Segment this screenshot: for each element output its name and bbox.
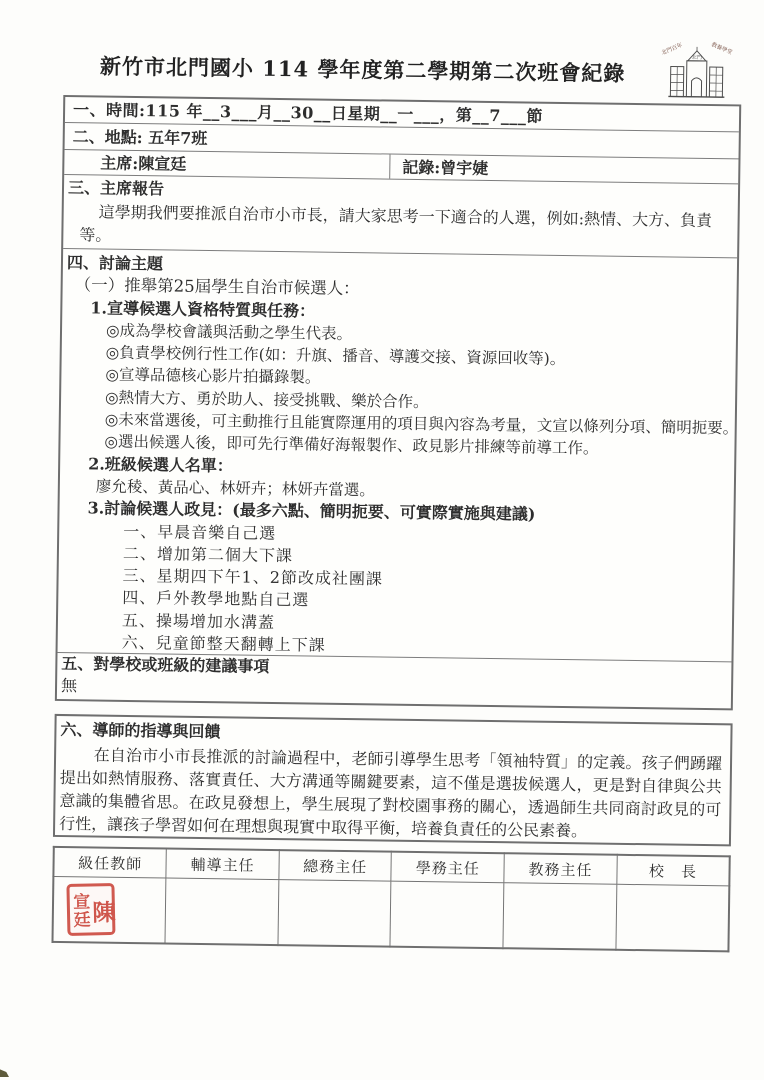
- signature-cell-student-affairs: [390, 881, 504, 948]
- signature-header-homeroom: 級任教師: [53, 847, 166, 878]
- section3-content: 這學期我們要推派自治市小市長，請大家思考一下適合的人選，例如:熱情、大方、負責等…: [79, 201, 732, 256]
- section-discussion-topics: 四、討論主題 （一）推舉第25屆學生自治市候選人： 1.宣導候選人資格特質與任務…: [58, 249, 738, 662]
- signature-header-general-affairs: 總務主任: [279, 850, 392, 881]
- signature-header-student-affairs: 學務主任: [391, 852, 504, 883]
- section-teacher-feedback: 六、導師的指導與回饋 在自治市小市長推派的討論過程中，老師引導學生思考「領袖特質…: [53, 714, 733, 846]
- school-logo: 北門 北門百年 教養學堂: [657, 38, 736, 111]
- signature-cell-academic-affairs: [503, 883, 617, 950]
- scan-artifact-speck: [0, 1068, 9, 1077]
- logo-gate-label: 北門: [692, 54, 702, 61]
- page-title: 新竹市北門國小 114 學年度第二學期第二次班會紀錄: [64, 52, 742, 89]
- seal-left-chars: 宣廷: [69, 886, 90, 932]
- signature-cell-general-affairs: [278, 880, 392, 947]
- teacher-name-seal: 宣廷 陳: [66, 883, 115, 936]
- signature-cell-principal: [616, 884, 730, 951]
- section6-content: 在自治市小市長推派的討論過程中，老師引導學生思考「領袖特質」的定義。孩子們踴躍提…: [59, 743, 722, 844]
- recorder-cell: 記錄:曾宇婕: [390, 155, 738, 184]
- signature-cell-homeroom: 宣廷 陳: [52, 876, 166, 943]
- logo-arc-right: 教養學堂: [710, 40, 734, 56]
- section-chair-report: 三、主席報告 這學期我們要推派自治市小市長，請大家思考一下適合的人選，例如:熱情…: [63, 175, 738, 258]
- scanned-meeting-record: 新竹市北門國小 114 學年度第二學期第二次班會紀錄 北門 北門百年 教養學堂 …: [51, 46, 741, 952]
- signature-header-academic-affairs: 教務主任: [504, 853, 617, 884]
- meeting-form-table: 一、時間:115 年__3___月__30__日星期__一___，第__7___…: [55, 95, 741, 710]
- section-suggestions: 五、對學校或班級的建議事項 無: [57, 653, 732, 708]
- signature-header-principal: 校 長: [617, 855, 730, 886]
- logo-arc-left: 北門百年: [660, 40, 684, 56]
- signature-header-counseling: 輔導主任: [166, 849, 279, 880]
- seal-right-char: 陳: [90, 886, 113, 932]
- signature-table: 級任教師 輔導主任 總務主任 學務主任 教務主任 校 長 宣廷 陳: [51, 846, 730, 952]
- chair-cell: 主席:陳宣廷: [64, 150, 390, 179]
- signature-body-row: 宣廷 陳: [52, 876, 729, 951]
- signature-cell-counseling: [165, 878, 279, 945]
